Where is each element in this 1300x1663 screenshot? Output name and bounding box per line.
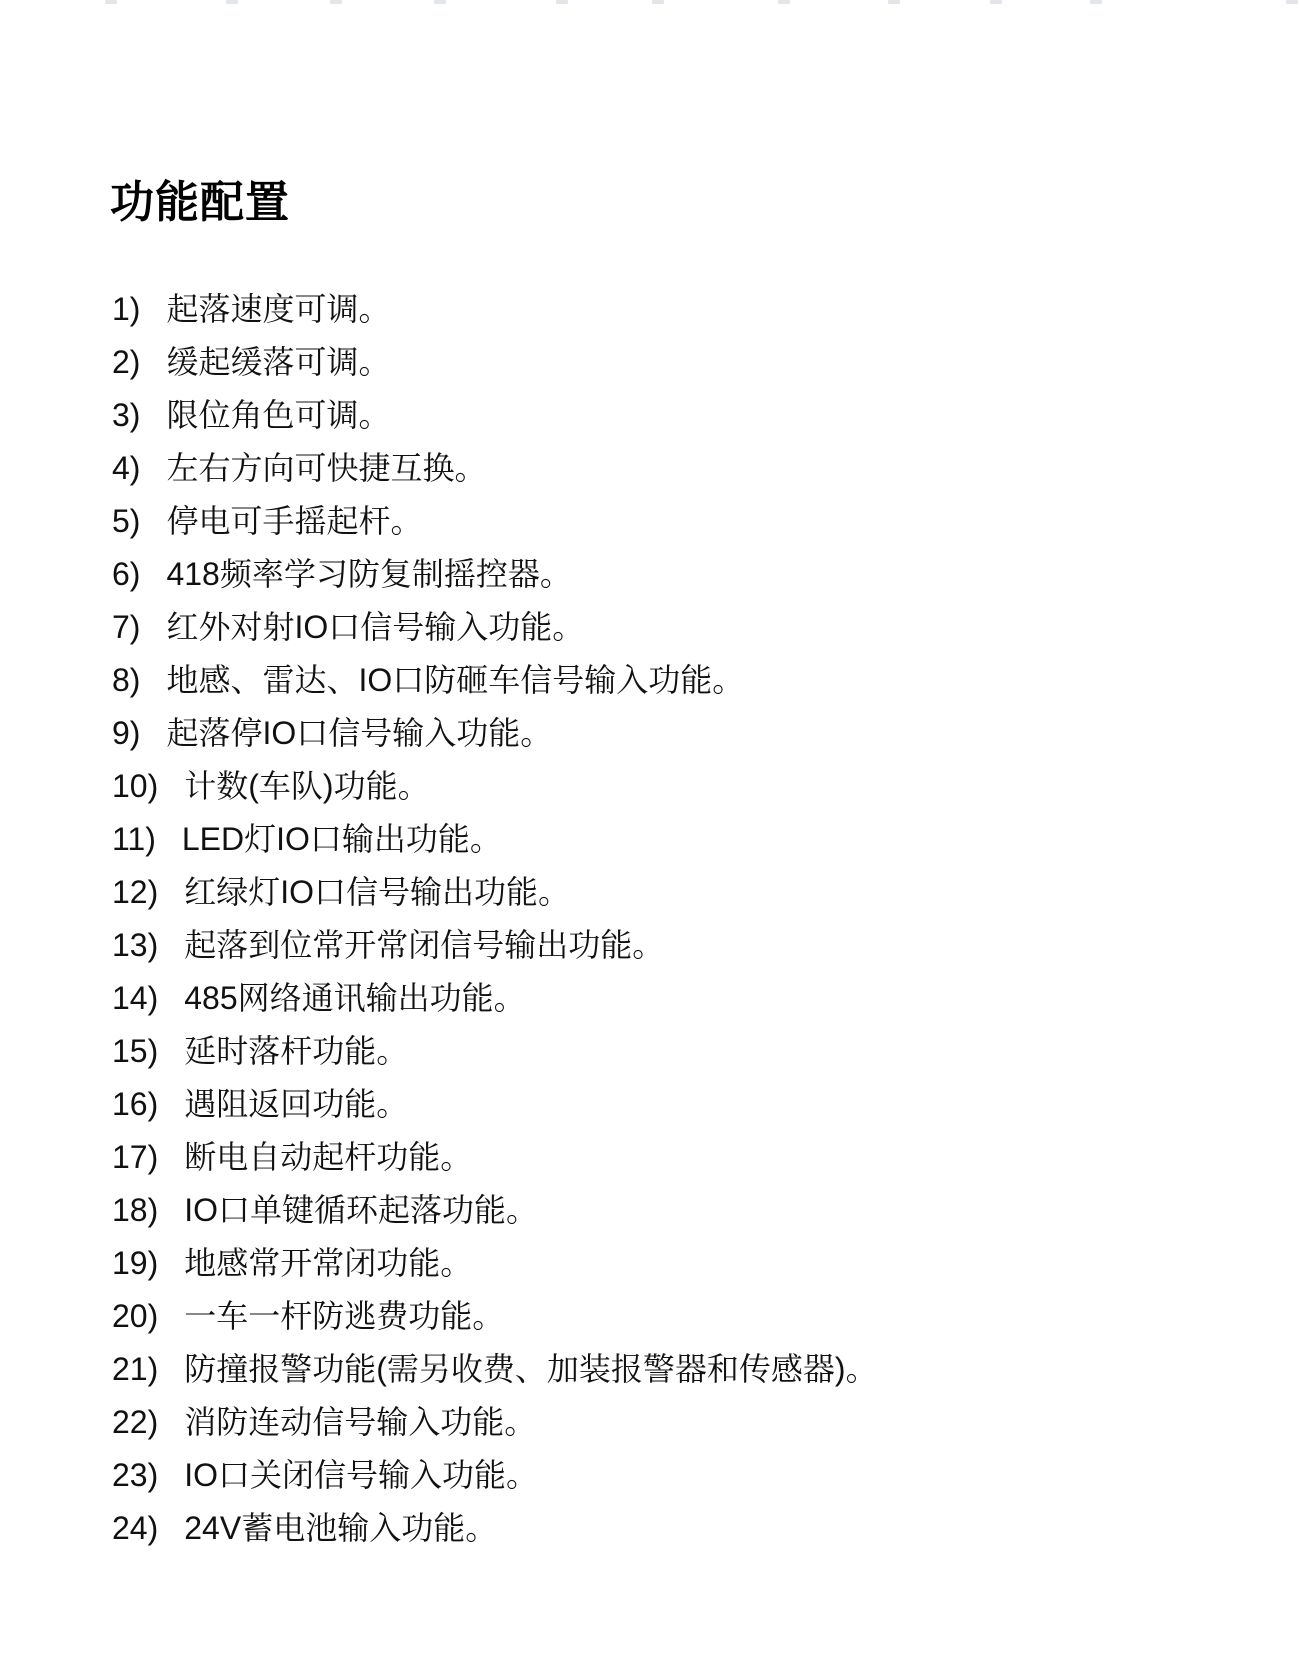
list-item: 4)左右方向可快捷互换。	[112, 442, 878, 495]
list-item: 19)地感常开常闭功能。	[112, 1237, 878, 1290]
list-item-text: 一车一杆防逃费功能。	[184, 1298, 504, 1334]
list-item: 8)地感、雷达、IO口防砸车信号输入功能。	[112, 654, 878, 707]
list-item-number: 10)	[112, 760, 158, 813]
list-item: 10)计数(车队)功能。	[112, 760, 878, 813]
list-item-number: 17)	[112, 1131, 158, 1184]
text-fragment	[226, 0, 238, 4]
list-item: 13)起落到位常开常闭信号输出功能。	[112, 919, 878, 972]
list-item: 20)一车一杆防逃费功能。	[112, 1290, 878, 1343]
text-fragment	[1286, 0, 1298, 4]
list-item-text: 断电自动起杆功能。	[184, 1139, 472, 1175]
list-item-number: 2)	[112, 336, 140, 389]
text-fragment	[434, 0, 446, 4]
list-item-text: 限位角色可调。	[166, 397, 390, 433]
list-item-text: 起落速度可调。	[166, 291, 390, 327]
list-item-text: IO口关闭信号输入功能。	[184, 1457, 538, 1493]
list-item-number: 4)	[112, 442, 140, 495]
text-fragment	[1090, 0, 1102, 4]
list-item-number: 12)	[112, 866, 158, 919]
list-item: 7)红外对射IO口信号输入功能。	[112, 601, 878, 654]
document-page: 功能配置 1)起落速度可调。2)缓起缓落可调。3)限位角色可调。4)左右方向可快…	[0, 0, 1300, 1663]
list-item: 12)红绿灯IO口信号输出功能。	[112, 866, 878, 919]
list-item-text: 地感常开常闭功能。	[184, 1245, 472, 1281]
list-item-number: 22)	[112, 1396, 158, 1449]
text-fragment	[105, 0, 117, 4]
feature-list: 1)起落速度可调。2)缓起缓落可调。3)限位角色可调。4)左右方向可快捷互换。5…	[112, 283, 878, 1555]
list-item-number: 24)	[112, 1502, 158, 1555]
list-item-text: 485网络通讯输出功能。	[184, 980, 525, 1016]
list-item-text: 起落到位常开常闭信号输出功能。	[184, 927, 664, 963]
list-item-text: 左右方向可快捷互换。	[166, 450, 486, 486]
list-item-number: 1)	[112, 283, 140, 336]
list-item-number: 21)	[112, 1343, 158, 1396]
page-title: 功能配置	[110, 178, 290, 228]
list-item-text: 消防连动信号输入功能。	[184, 1404, 536, 1440]
list-item: 23)IO口关闭信号输入功能。	[112, 1449, 878, 1502]
list-item: 15)延时落杆功能。	[112, 1025, 878, 1078]
list-item: 6)418频率学习防复制摇控器。	[112, 548, 878, 601]
list-item: 16)遇阻返回功能。	[112, 1078, 878, 1131]
list-item: 17)断电自动起杆功能。	[112, 1131, 878, 1184]
list-item-number: 6)	[112, 548, 140, 601]
list-item: 24)24V蓄电池输入功能。	[112, 1502, 878, 1555]
list-item-text: 418频率学习防复制摇控器。	[166, 556, 571, 592]
list-item: 18)IO口单键循环起落功能。	[112, 1184, 878, 1237]
text-fragment	[330, 0, 342, 4]
list-item-text: 红外对射IO口信号输入功能。	[166, 609, 584, 645]
list-item-text: 计数(车队)功能。	[184, 768, 429, 804]
list-item: 21)防撞报警功能(需另收费、加装报警器和传感器)。	[112, 1343, 878, 1396]
list-item: 11)LED灯IO口输出功能。	[112, 813, 878, 866]
list-item-number: 11)	[112, 813, 156, 866]
list-item-text: IO口单键循环起落功能。	[184, 1192, 538, 1228]
list-item-number: 16)	[112, 1078, 158, 1131]
list-item-number: 8)	[112, 654, 140, 707]
text-fragment	[778, 0, 790, 4]
text-fragment	[990, 0, 1002, 4]
list-item-text: LED灯IO口输出功能。	[182, 821, 502, 857]
list-item: 14)485网络通讯输出功能。	[112, 972, 878, 1025]
list-item-text: 遇阻返回功能。	[184, 1086, 408, 1122]
list-item-number: 14)	[112, 972, 158, 1025]
list-item-number: 18)	[112, 1184, 158, 1237]
list-item: 3)限位角色可调。	[112, 389, 878, 442]
list-item: 1)起落速度可调。	[112, 283, 878, 336]
list-item-number: 15)	[112, 1025, 158, 1078]
list-item: 5)停电可手摇起杆。	[112, 495, 878, 548]
list-item-number: 20)	[112, 1290, 158, 1343]
list-item-text: 红绿灯IO口信号输出功能。	[184, 874, 570, 910]
list-item-number: 9)	[112, 707, 140, 760]
list-item: 9)起落停IO口信号输入功能。	[112, 707, 878, 760]
list-item-number: 13)	[112, 919, 158, 972]
list-item-text: 停电可手摇起杆。	[166, 503, 422, 539]
list-item-number: 5)	[112, 495, 140, 548]
list-item-number: 19)	[112, 1237, 158, 1290]
list-item-number: 3)	[112, 389, 140, 442]
list-item-number: 23)	[112, 1449, 158, 1502]
text-fragment	[556, 0, 568, 4]
list-item: 22)消防连动信号输入功能。	[112, 1396, 878, 1449]
list-item-number: 7)	[112, 601, 140, 654]
list-item-text: 地感、雷达、IO口防砸车信号输入功能。	[166, 662, 744, 698]
text-fragment	[888, 0, 900, 4]
list-item-text: 缓起缓落可调。	[166, 344, 390, 380]
text-fragment	[652, 0, 664, 4]
list-item: 2)缓起缓落可调。	[112, 336, 878, 389]
list-item-text: 防撞报警功能(需另收费、加装报警器和传感器)。	[184, 1351, 877, 1387]
list-item-text: 起落停IO口信号输入功能。	[166, 715, 552, 751]
list-item-text: 延时落杆功能。	[184, 1033, 408, 1069]
list-item-text: 24V蓄电池输入功能。	[184, 1510, 497, 1546]
